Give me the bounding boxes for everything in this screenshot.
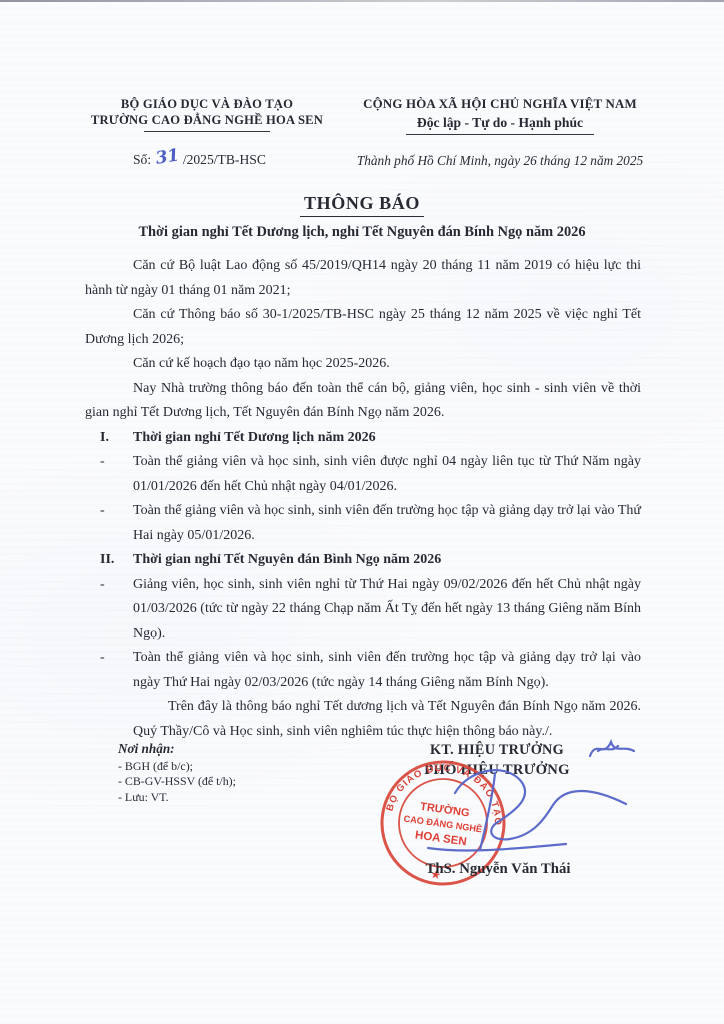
motto: Độc lập - Tự do - Hạnh phúc: [352, 114, 648, 131]
bullet-text: Toàn thể giảng viên và học sinh, sinh vi…: [133, 646, 641, 695]
recipient-item: - BGH (để b/c);: [118, 759, 236, 775]
scan-edge-artifact: [0, 0, 724, 2]
recipient-item: - CB-GV-HSSV (để t/h);: [118, 774, 236, 790]
bullet-dash: -: [100, 573, 133, 647]
paragraph-legal-basis-2: Căn cứ Thông báo số 30-1/2025/TB-HSC ngà…: [85, 303, 641, 352]
recipients-block: Nơi nhận: - BGH (để b/c); - CB-GV-HSSV (…: [118, 741, 236, 805]
document-number: Số:31/2025/TB-HSC: [133, 149, 266, 169]
section-numeral: II.: [100, 548, 133, 573]
bullet-text: Toàn thể giảng viên và học sinh, sinh vi…: [133, 450, 641, 499]
number-suffix: /2025/TB-HSC: [183, 152, 266, 167]
document-body: Căn cứ Bộ luật Lao động số 45/2019/QH14 …: [85, 254, 641, 744]
signature-underline-stroke: [428, 844, 566, 851]
country-title: CỘNG HÒA XÃ HỘI CHỦ NGHĨA VIỆT NAM: [352, 96, 648, 113]
header-underline: [144, 131, 270, 132]
list-item: - Giảng viên, học sinh, sinh viên nghỉ t…: [85, 573, 641, 647]
list-item: - Toàn thể giảng viên và học sinh, sinh …: [85, 646, 641, 695]
school-name: TRƯỜNG CAO ĐẲNG NGHỀ HOA SEN: [88, 112, 326, 128]
recipient-item: - Lưu: VT.: [118, 790, 236, 806]
parent-agency: BỘ GIÁO DỤC VÀ ĐÀO TẠO: [88, 96, 326, 112]
motto-underline: [406, 134, 594, 135]
section-heading-1: I. Thời gian nghỉ Tết Dương lịch năm 202…: [85, 426, 641, 451]
bullet-text: Giảng viên, học sinh, sinh viên nghỉ từ …: [133, 573, 641, 647]
bullet-dash: -: [100, 646, 133, 695]
section-heading-text: Thời gian nghỉ Tết Nguyên đán Bình Ngọ n…: [133, 548, 441, 573]
handwritten-number: 31: [154, 145, 181, 168]
signer-name: ThS. Nguyễn Văn Thái: [378, 861, 618, 878]
bullet-dash: -: [100, 499, 133, 548]
paragraph-legal-basis-1: Căn cứ Bộ luật Lao động số 45/2019/QH14 …: [85, 254, 641, 303]
list-item: - Toàn thể giảng viên và học sinh, sinh …: [85, 499, 641, 548]
national-motto-block: CỘNG HÒA XÃ HỘI CHỦ NGHĨA VIỆT NAM Độc l…: [352, 96, 648, 135]
list-item: - Toàn thể giảng viên và học sinh, sinh …: [85, 450, 641, 499]
section-heading-2: II. Thời gian nghỉ Tết Nguyên đán Bình N…: [85, 548, 641, 573]
issuing-agency-block: BỘ GIÁO DỤC VÀ ĐÀO TẠO TRƯỜNG CAO ĐẲNG N…: [88, 96, 326, 132]
bullet-text: Toàn thể giảng viên và học sinh, sinh vi…: [133, 499, 641, 548]
signature-main-stroke: [455, 770, 626, 839]
document-subtitle: Thời gian nghỉ Tết Dương lịch, nghỉ Tết …: [0, 224, 724, 241]
recipients-label: Nơi nhận:: [118, 741, 236, 757]
document-title: THÔNG BÁO: [300, 193, 424, 217]
section-numeral: I.: [100, 426, 133, 451]
handwritten-signature: [398, 730, 640, 872]
section-heading-text: Thời gian nghỉ Tết Dương lịch năm 2026: [133, 426, 376, 451]
paragraph-announcement: Nay Nhà trường thông báo đến toàn thể cá…: [85, 377, 641, 426]
bullet-dash: -: [100, 450, 133, 499]
place-and-date: Thành phố Hồ Chí Minh, ngày 26 tháng 12 …: [350, 153, 650, 169]
signature-vertical-stroke: [480, 773, 495, 850]
number-label: Số:: [133, 152, 151, 167]
scanned-document-page: BỘ GIÁO DỤC VÀ ĐÀO TẠO TRƯỜNG CAO ĐẲNG N…: [0, 0, 724, 1024]
paragraph-legal-basis-3: Căn cứ kế hoạch đạo tạo năm học 2025-202…: [85, 352, 641, 377]
